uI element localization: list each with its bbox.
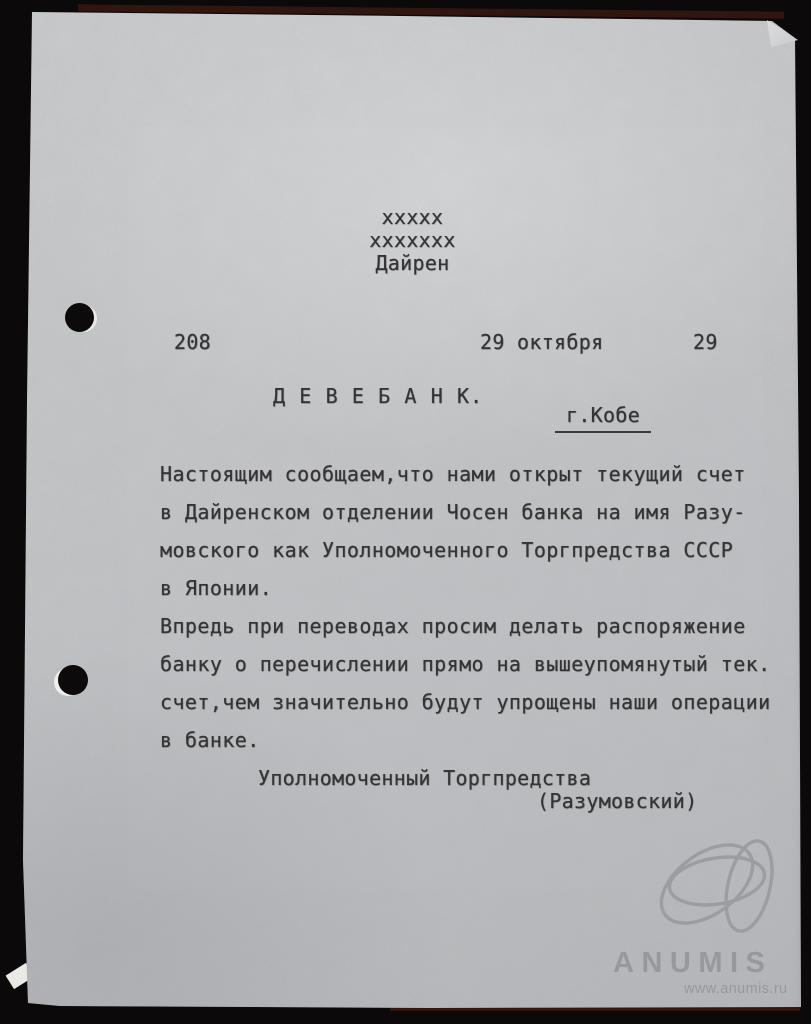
letter-body-line: в банке. xyxy=(160,721,785,759)
recipient-city: г.Кобе xyxy=(555,403,651,433)
letterhead-line-1: ххххх xyxy=(320,206,505,229)
hole-punch-top xyxy=(65,303,94,332)
letter-body-line: счет,чем значительно будут упрощены наши… xyxy=(160,683,785,721)
letter-date: 29 октября xyxy=(480,330,603,354)
signature-title: Уполномоченный Торгпредства xyxy=(258,766,591,790)
letter-body-line: мовского как Уполномоченного Торгпредств… xyxy=(160,531,785,569)
letter-body-line: банку о перечислении прямо на вышеупомян… xyxy=(160,645,785,683)
letter-year: 29 xyxy=(693,330,718,354)
letter-body-line: Впредь при переводах просим делать распо… xyxy=(160,607,785,645)
watermark-brand: ANUMIS xyxy=(613,947,772,980)
recipient-name: Д Е В Е Б А Н К. xyxy=(273,384,483,408)
outgoing-number: 208 xyxy=(174,330,211,354)
letterhead-line-2: ххххххх xyxy=(320,229,505,252)
hole-punch-bottom xyxy=(58,665,88,695)
letter-body-line: в Дайренском отделении Чосен банка на им… xyxy=(160,493,785,531)
letter-body-line: в Японии. xyxy=(160,569,785,607)
letterhead-city: Дайрен xyxy=(320,252,505,275)
anumis-logo-icon xyxy=(645,826,793,946)
letterhead: ххххххххххххДайрен xyxy=(320,206,505,275)
photo-background: ххххххххххххДайрен 208 29 октября 29 Д Е… xyxy=(0,0,811,1024)
signature-name: (Разумовский) xyxy=(537,789,697,813)
letter-body: Настоящим сообщаем,что нами открыт текущ… xyxy=(160,455,785,759)
watermark-url: www.anumis.ru xyxy=(684,981,788,997)
letter-body-line: Настоящим сообщаем,что нами открыт текущ… xyxy=(160,455,785,493)
